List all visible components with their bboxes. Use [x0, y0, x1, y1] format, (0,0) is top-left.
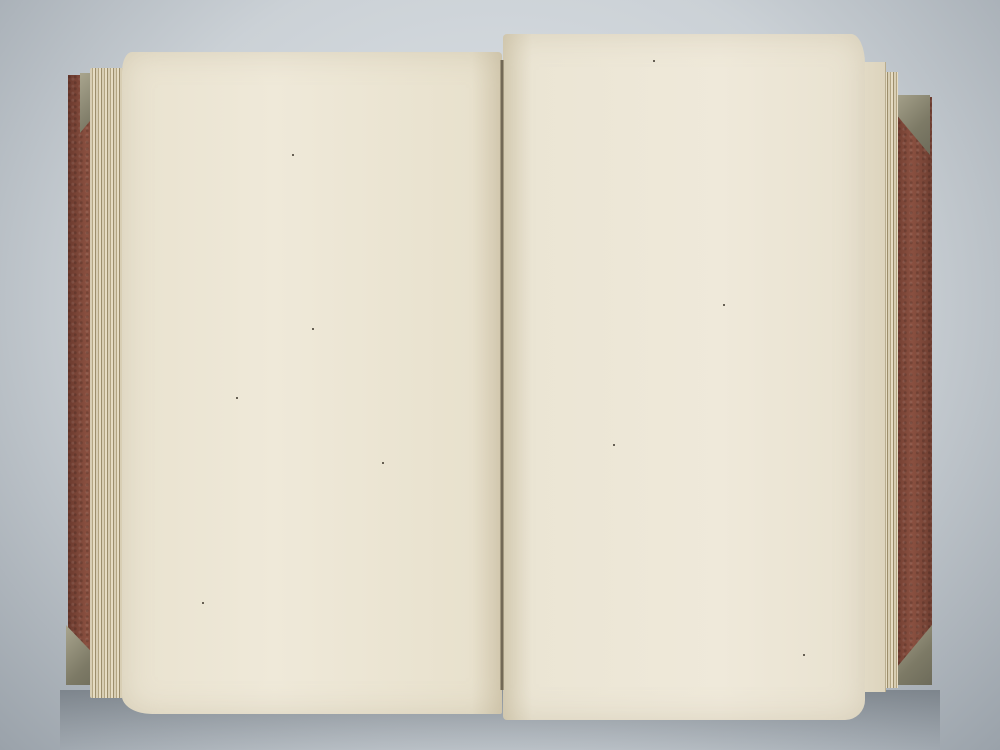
right-page: [503, 34, 865, 720]
paper-speck: [803, 654, 805, 656]
paper-speck: [202, 602, 204, 604]
book-gutter: [500, 60, 504, 690]
paper-speck: [653, 60, 655, 62]
left-page: [122, 52, 502, 714]
paper-speck: [613, 444, 615, 446]
paper-speck: [723, 304, 725, 306]
left-page-edges: [90, 68, 126, 698]
paper-speck: [382, 462, 384, 464]
paper-speck: [236, 397, 238, 399]
photo-scene: [0, 0, 1000, 750]
right-cover: [892, 97, 932, 685]
paper-speck: [292, 154, 294, 156]
paper-speck: [312, 328, 314, 330]
